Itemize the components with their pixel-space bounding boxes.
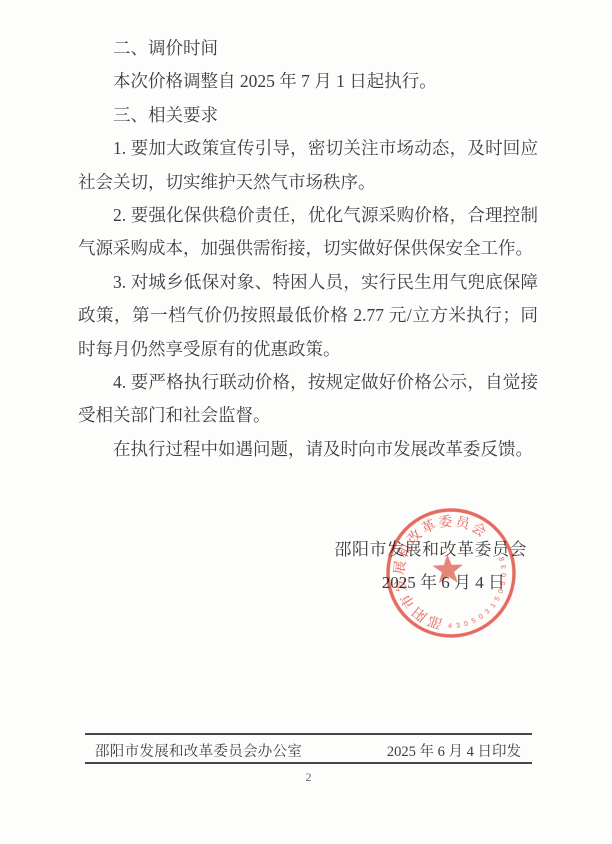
section-heading: 三、相关要求 [78,99,538,132]
paragraph: 3. 对城乡低保对象、特困人员，实行民生用气兜底保障政策，第一档气价仍按照最低价… [78,266,538,366]
signature-date: 2025 年 6 月 4 日 [0,566,612,599]
signature-block: 邵阳市发展和改革委员会 2025 年 6 月 4 日 [0,533,612,600]
paragraph: 在执行过程中如遇问题，请及时向市发展改革委反馈。 [78,433,538,466]
page-number: 2 [85,770,532,785]
footer-rule-top [85,733,532,735]
document-body: 二、调价时间 本次价格调整自 2025 年 7 月 1 日起执行。 三、相关要求… [78,32,538,466]
footer-issuing-office: 邵阳市发展和改革委员会办公室 [85,740,302,761]
paragraph: 本次价格调整自 2025 年 7 月 1 日起执行。 [78,65,538,98]
document-page: 二、调价时间 本次价格调整自 2025 年 7 月 1 日起执行。 三、相关要求… [0,0,612,844]
paragraph: 4. 要严格执行联动价格，按规定做好价格公示，自觉接受相关部门和社会监督。 [78,366,538,433]
section-heading: 二、调价时间 [78,32,538,65]
signature-agency: 邵阳市发展和改革委员会 [0,533,612,566]
paragraph: 1. 要加大政策宣传引导，密切关注市场动态，及时回应社会关切，切实维护天然气市场… [78,132,538,199]
footer-print-date: 2025 年 6 月 4 日印发 [387,740,532,761]
paragraph: 2. 要强化保供稳价责任，优化气源采购价格，合理控制气源采购成本，加强供需衔接，… [78,199,538,266]
footer-row: 邵阳市发展和改革委员会办公室 2025 年 6 月 4 日印发 [85,739,532,762]
footer-rule-bottom [85,762,532,764]
